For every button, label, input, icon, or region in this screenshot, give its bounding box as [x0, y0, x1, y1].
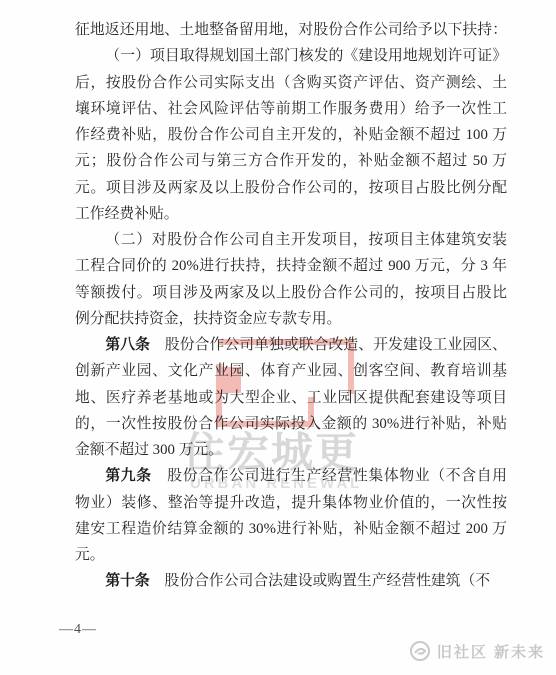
text-line: 后，按股份合作公司实际支出（含购买资产评估、资产测绘、土 — [75, 70, 507, 96]
text-line: 壤环境评估、社会风险评估等前期工作服务费用）给予一次性工 — [75, 96, 507, 122]
footer-logo-text: 旧社区 新未来 — [437, 641, 545, 662]
text-line: 的，一次性按股份合作公司实际投入金额的 30%进行补贴，补贴 — [75, 411, 507, 437]
text-line: 元；股份合作公司与第三方合作开发的，补贴金额不超过 50 万 — [75, 148, 507, 174]
text-line: （二）对股份合作公司自主开发项目，按项目主体建筑安装 — [75, 227, 507, 253]
text-line: 征地返还用地、土地整备留用地，对股份合作公司给予以下扶持： — [75, 17, 507, 43]
article-9-heading: 第九条 — [105, 468, 151, 484]
text-line: 工程合同价的 20%进行扶持，扶持金额不超过 900 万元，分 3 年 — [75, 253, 507, 279]
document-body: 征地返还用地、土地整备留用地，对股份合作公司给予以下扶持： （一）项目取得规划国… — [75, 17, 507, 595]
text-line: 工作经费补贴。 — [75, 201, 507, 227]
text-line: 元。 — [75, 542, 507, 568]
article-8-heading: 第八条 — [105, 337, 150, 353]
text-line: 地、医疗养老基地或为大型企业、工业园区提供配套建设等项目 — [75, 385, 507, 411]
text-line: 金额不超过 300 万元。 — [75, 437, 507, 463]
text-line: 元。项目涉及两家及以上股份合作公司的，按项目占股比例分配 — [75, 175, 507, 201]
text-line: 例分配扶持资金，扶持资金应专款专用。 — [75, 306, 507, 332]
text-line: 创新产业园、文化产业园、体育产业园、创客空间、教育培训基 — [75, 358, 507, 384]
text-line-article-9: 第九条 股份合作公司进行生产经营性集体物业（不含自用 — [75, 463, 507, 489]
text-line: 物业）装修、整治等提升改造，提升集体物业价值的，一次性按 — [75, 490, 507, 516]
text-line: 作经费补贴，股份合作公司自主开发的，补贴金额不超过 100 万 — [75, 122, 507, 148]
footer-logo: 旧社区 新未来 — [409, 640, 545, 662]
text-line: 建安工程造价结算金额的 30%进行补贴，补贴金额不超过 200 万 — [75, 516, 507, 542]
text-line: 等额拨付。项目涉及两家及以上股份合作公司的，按项目占股比 — [75, 280, 507, 306]
text-line: （一）项目取得规划国土部门核发的《建设用地规划许可证》 — [75, 43, 507, 69]
text-line-article-8: 第八条 股份合作公司单独或联合改造、开发建设工业园区、 — [75, 332, 507, 358]
text-line-article-10: 第十条 股份合作公司合法建设或购置生产经营性建筑（不 — [75, 568, 507, 594]
document-page: 住宏城更 URBAN RENEWAL 征地返还用地、土地整备留用地，对股份合作公… — [0, 0, 556, 675]
page-number: —4— — [59, 622, 97, 638]
swirl-logo-icon — [409, 640, 431, 662]
article-10-heading: 第十条 — [105, 573, 149, 589]
